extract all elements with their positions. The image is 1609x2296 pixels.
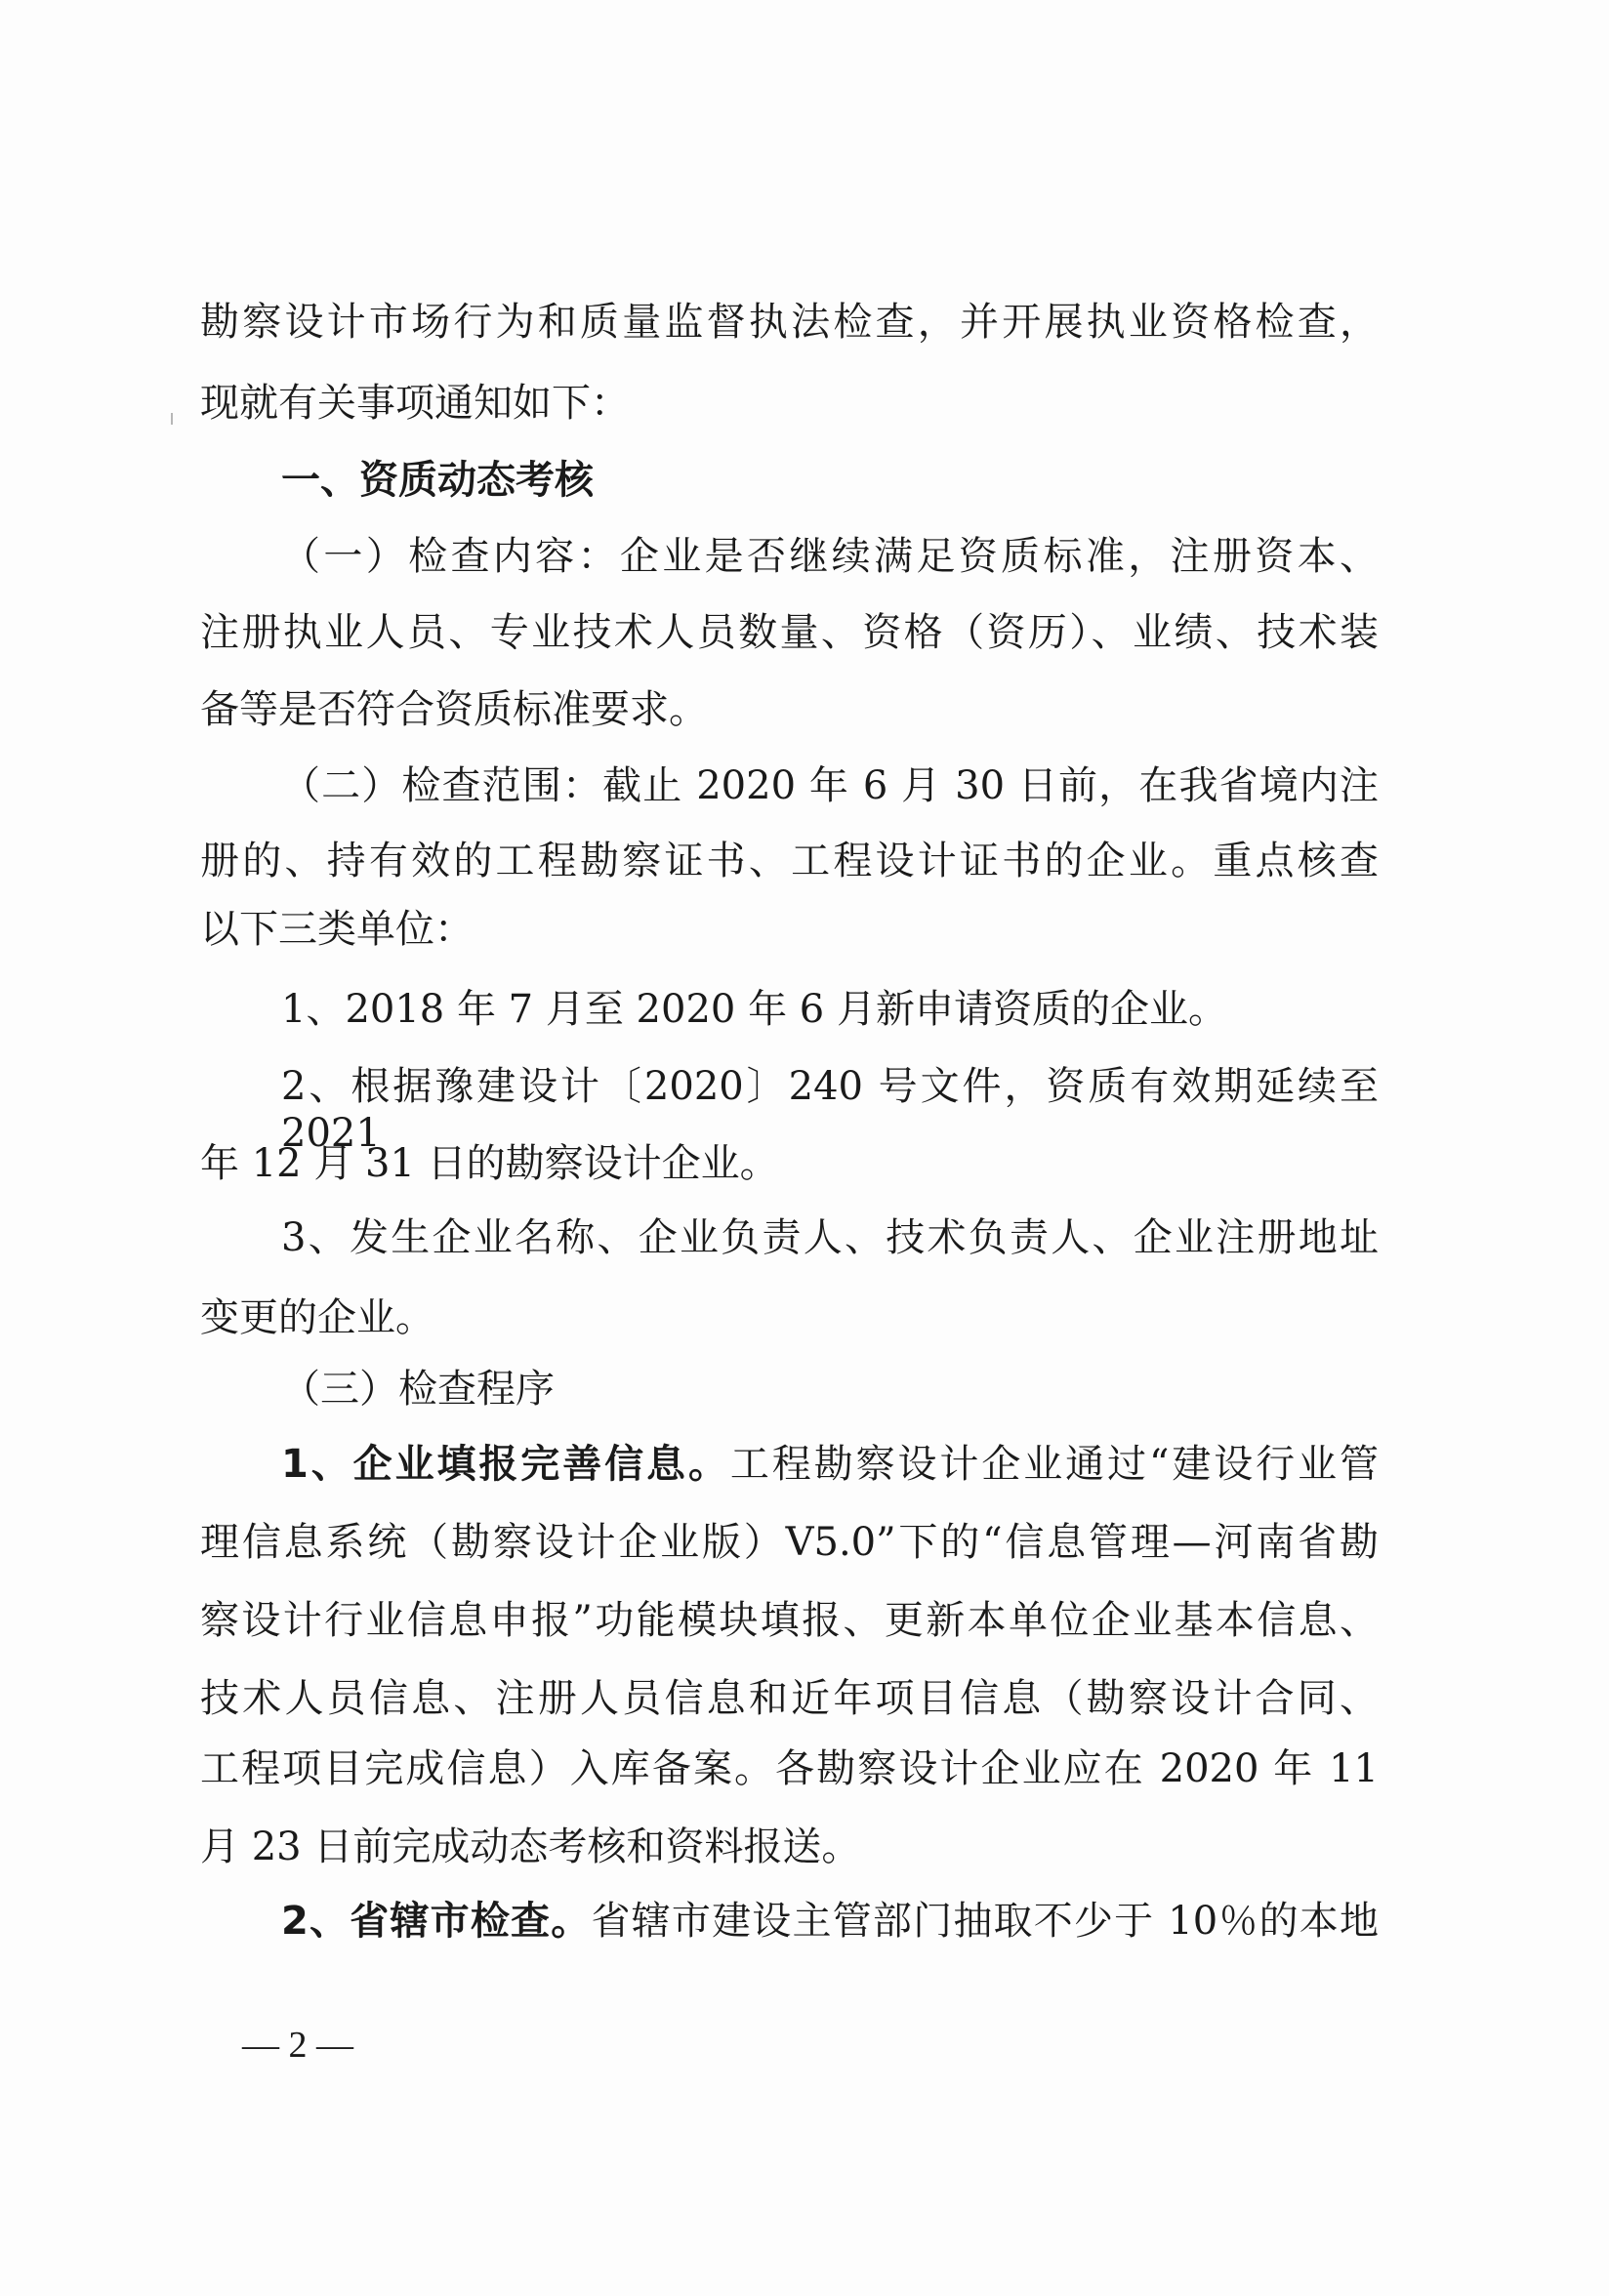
body-line: 勘察设计市场行为和质量监督执法检查，并开展执业资格检查，	[200, 299, 1379, 346]
scan-speck	[171, 413, 173, 425]
subsection-line: （三）检查程序	[281, 1366, 1379, 1413]
procedure-step-title: 1、企业填报完善信息。	[281, 1442, 730, 1487]
list-item-line: 3、发生企业名称、企业负责人、技术负责人、企业注册地址	[281, 1214, 1379, 1261]
body-line: 工程项目完成信息）入库备案。各勘察设计企业应在 2020 年 11	[200, 1745, 1379, 1792]
section-heading: 一、资质动态考核	[281, 457, 1379, 504]
body-line: 册的、持有效的工程勘察证书、工程设计证书的企业。重点核查	[200, 838, 1379, 884]
procedure-step-line: 2、省辖市检查。省辖市建设主管部门抽取不少于 10％的本地	[281, 1898, 1379, 1945]
list-item-line: 2、根据豫建设计〔2020〕240 号文件，资质有效期延续至 2021	[281, 1063, 1379, 1110]
body-line: 察设计行业信息申报”功能模块填报、更新本单位企业基本信息、	[200, 1597, 1379, 1644]
body-line: 变更的企业。	[200, 1294, 1379, 1341]
body-line: 现就有关事项通知如下：	[200, 380, 1379, 427]
subsection-line: （一）检查内容：企业是否继续满足资质标准，注册资本、	[281, 533, 1379, 580]
list-item-line: 1、2018 年 7 月至 2020 年 6 月新申请资质的企业。	[281, 986, 1379, 1033]
procedure-step-text: 省辖市建设主管部门抽取不少于 10％的本地	[591, 1899, 1379, 1944]
body-line: 以下三类单位：	[200, 906, 1379, 953]
body-line: 年 12 月 31 日的勘察设计企业。	[200, 1140, 1379, 1187]
body-line: 注册执业人员、专业技术人员数量、资格（资历）、业绩、技术装	[200, 609, 1379, 656]
subsection-line: （二）检查范围：截止 2020 年 6 月 30 日前，在我省境内注	[281, 762, 1379, 809]
procedure-step-text: 工程勘察设计企业通过“建设行业管	[730, 1442, 1379, 1487]
body-line: 理信息系统（勘察设计企业版）V5.0”下的“信息管理—河南省勘	[200, 1519, 1379, 1566]
body-line: 月 23 日前完成动态考核和资料报送。	[200, 1824, 1379, 1870]
page-number: — 2 —	[242, 2022, 353, 2069]
procedure-step-line: 1、企业填报完善信息。工程勘察设计企业通过“建设行业管	[281, 1441, 1379, 1488]
body-line: 备等是否符合资质标准要求。	[200, 686, 1379, 733]
document-page: 勘察设计市场行为和质量监督执法检查，并开展执业资格检查， 现就有关事项通知如下：…	[0, 0, 1609, 2296]
body-line: 技术人员信息、注册人员信息和近年项目信息（勘察设计合同、	[200, 1675, 1379, 1722]
procedure-step-title: 2、省辖市检查。	[281, 1899, 591, 1944]
